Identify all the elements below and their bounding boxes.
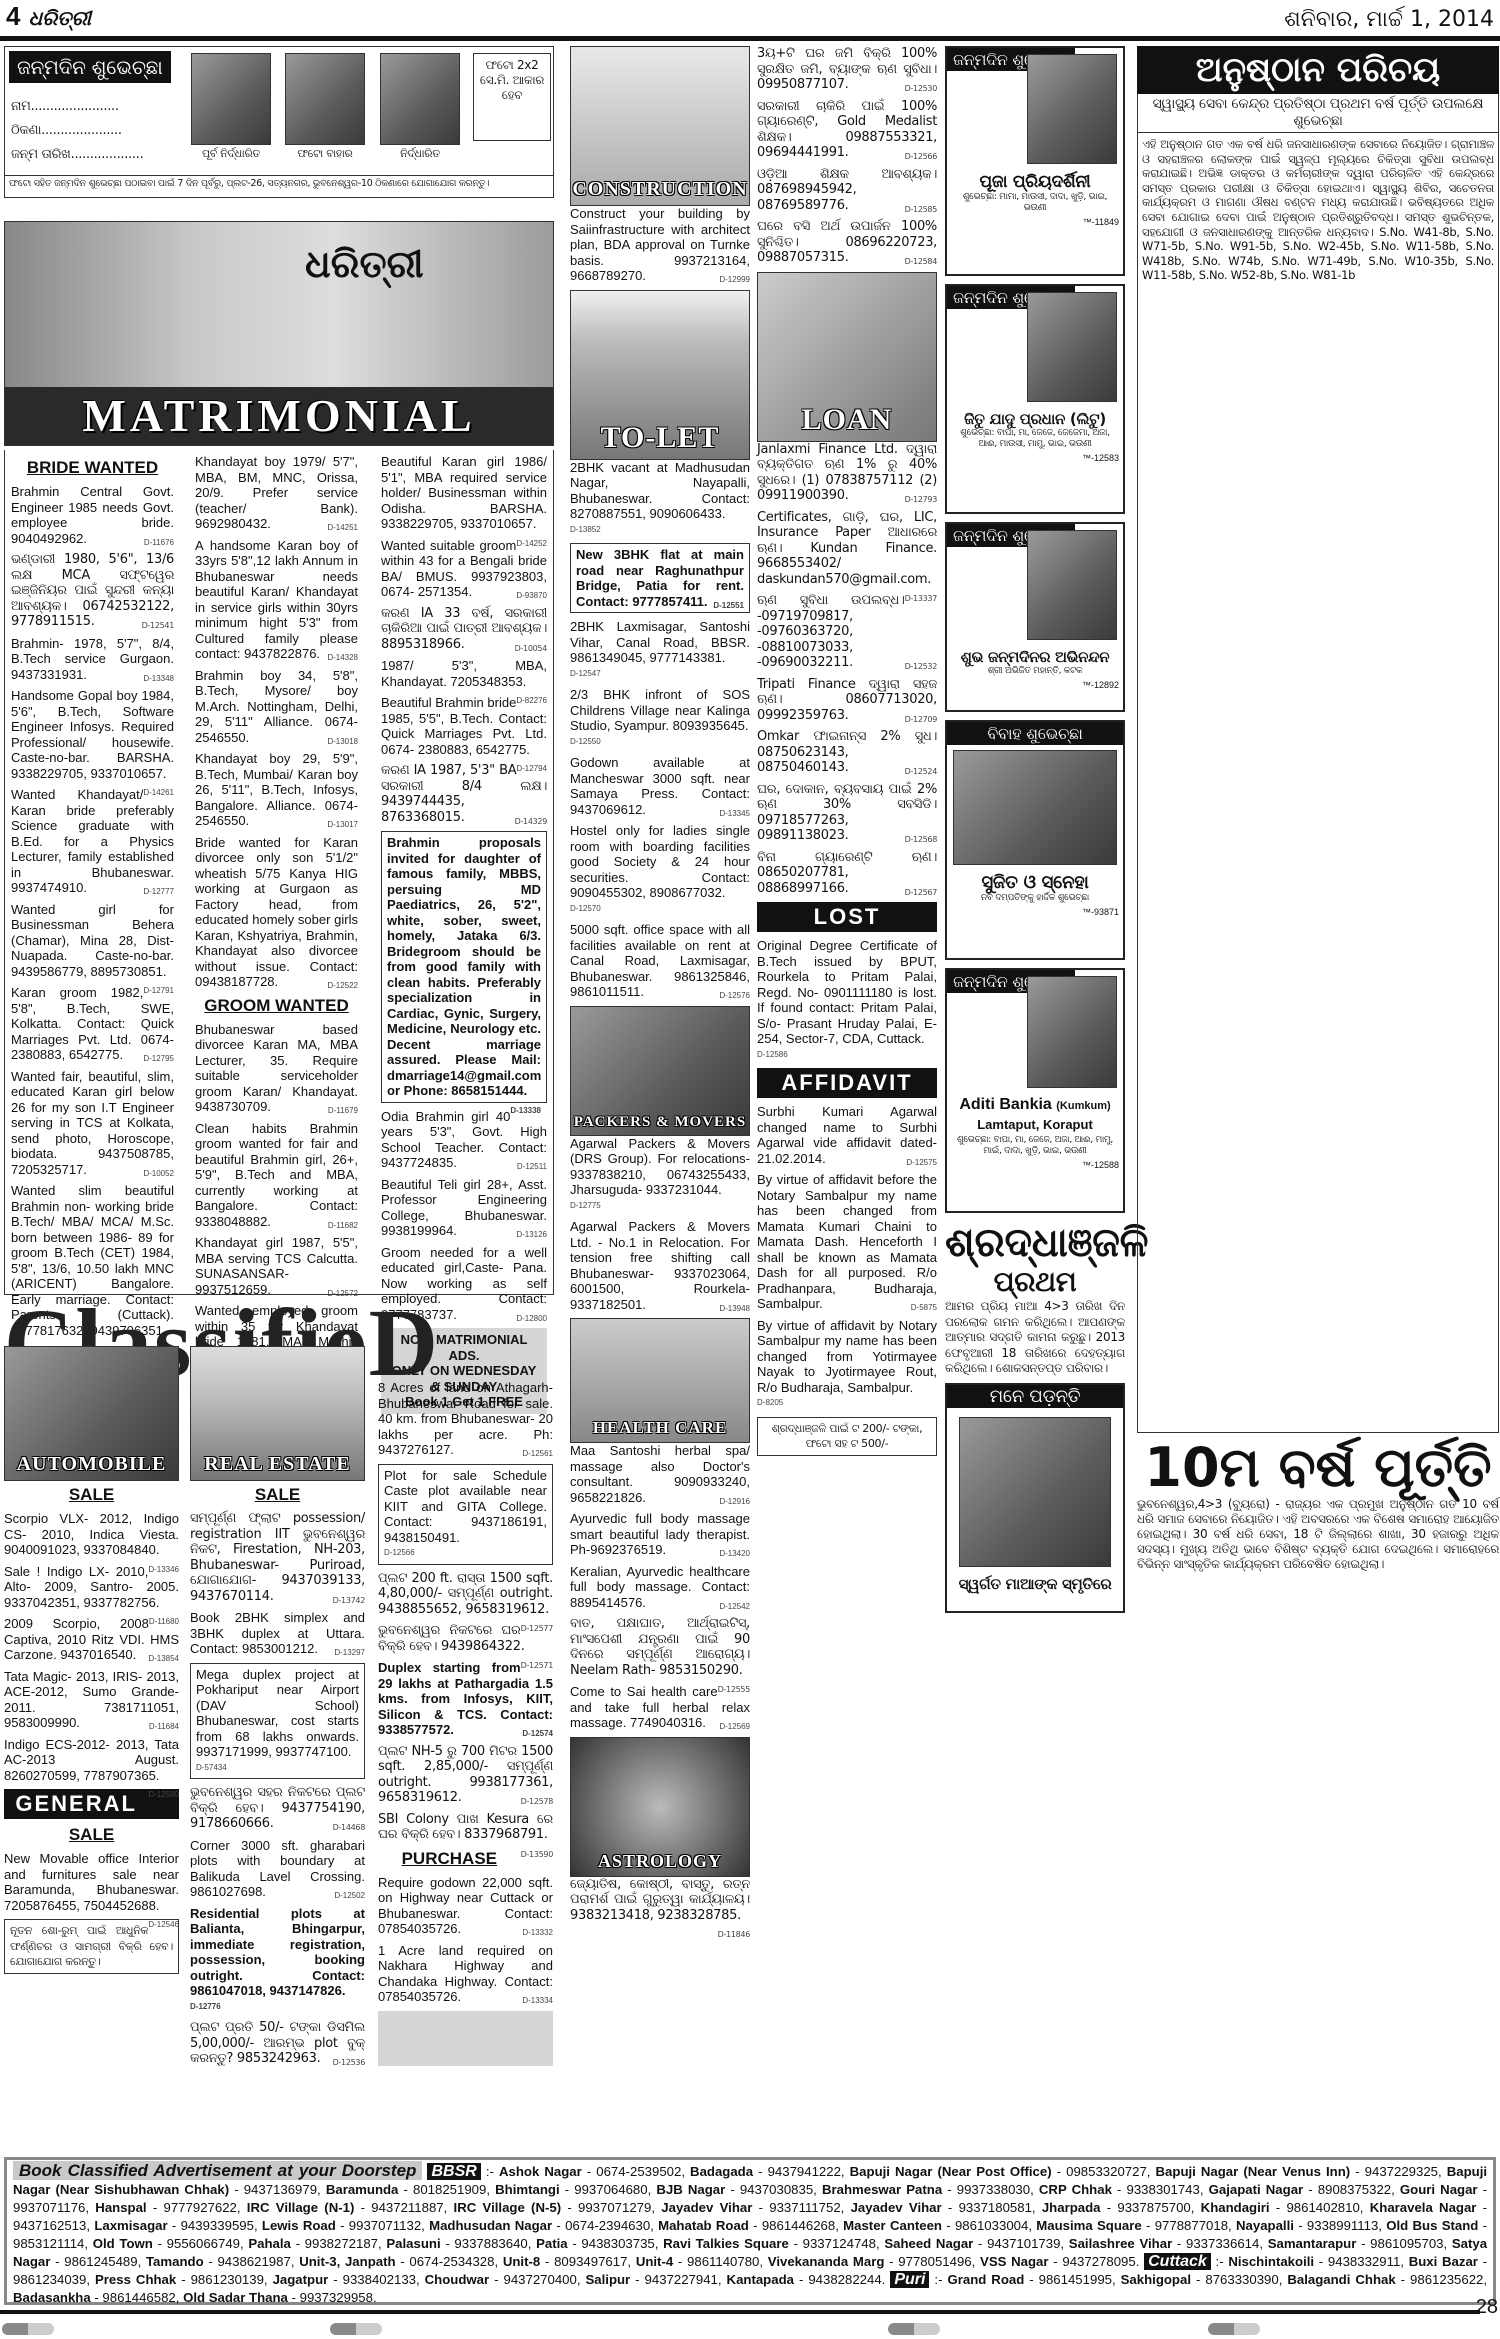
feature-big-body: ଭୁବନେଶ୍ୱର,4>3 (ବ୍ୟୁରୋ) - ରାଜ୍ୟର ଏକ ପ୍ରମୁ… — [1137, 1497, 1499, 1572]
location-phone: - 9437101739, — [973, 2236, 1068, 2251]
location-phone: - 9437211887, — [354, 2200, 453, 2215]
location-name: Hanspal — [95, 2200, 146, 2215]
decor-pill — [2, 2323, 54, 2335]
greeting-wishers: ଶୁଭେଚ୍ଛା: ମାମା, ମାଉସୀ, ଦାଦା, ଖୁଡ଼ି, ଭାଇ,… — [947, 192, 1123, 217]
packers-image: PACKERS & MOVERS — [570, 1006, 750, 1136]
classified-ad: Brahmin- 1978, 5'7", 8/4, B.Tech service… — [11, 636, 174, 683]
land-column: 8 Acres of land on Athagarh- Bhubaneswar… — [378, 1380, 553, 2066]
classified-ad: Book 2BHK simplex and 3BHK duplex at Utt… — [190, 1610, 365, 1657]
form-field-dob: ଜନ୍ମ ତାରିଖ................... — [11, 147, 143, 162]
form-field-name: ନାମ....................... — [11, 99, 119, 114]
city-label: Cuttack — [1144, 2253, 1211, 2270]
classified-ad: ଭୁବନେଶ୍ୱର ସହର ନିକଟରେ ପ୍ଲଟ ବିକ୍ରି ହେବ। 94… — [190, 1785, 365, 1832]
classified-ad: Indigo ECS-2012- 2013, Tata AC-2013 Augu… — [4, 1737, 179, 1784]
location-name: Unit-8 — [503, 2254, 540, 2269]
classified-ad: 1987/ 5'3", MBA, Khandayat. 7205348353. … — [381, 658, 547, 689]
packers-label: PACKERS & MOVERS — [571, 1114, 749, 1131]
location-name: Palasuni — [386, 2236, 440, 2251]
classified-ad: A handsome Karan boy of 33yrs 5'8",12 la… — [195, 538, 358, 662]
classified-ad: 2BHK vacant at Madhusudan Nagar, Nayapal… — [570, 460, 750, 538]
location-phone: - 9938272187, — [291, 2236, 386, 2251]
classified-ad: କରଣ IA 33 ବର୍ଷ, ସରକାରୀ ଚାକିରିଆ ପାଇଁ ପାତ୍… — [381, 606, 547, 653]
tribute-rate-box: ଶ୍ରଦ୍ଧାଞ୍ଜଳି ପାଇଁ ଟ 200/- ଟଙ୍କା, ଫଟୋ ସହ … — [757, 1417, 937, 1456]
health-care-label: HEALTH CARE — [571, 1418, 749, 1438]
tribute-text: ଆମର ପ୍ରିୟ ମାଆ 4>3 ତାରିଖ ଦିନ ପରଲୋକ ଗମନ କର… — [945, 1299, 1125, 1377]
tribute-subtitle: ପ୍ରଥମ — [945, 1265, 1125, 1299]
location-phone: - 9937071279, — [561, 2200, 661, 2215]
sample-photo-3 — [380, 53, 460, 145]
classified-ad: Tripati Finance ଦ୍ୱାରା ସହଜ ଋଣ। 086077130… — [757, 677, 937, 724]
sample-photo-3-label: ନିର୍ଦ୍ଧାରିତ — [380, 147, 460, 161]
location-name: Master Canteen — [843, 2218, 942, 2233]
location-name: Mausima Square — [1036, 2218, 1141, 2233]
bride-wanted-heading: BRIDE WANTED — [11, 458, 174, 478]
location-name: Gajapati Nagar — [1209, 2182, 1304, 2197]
greetings-column: ଜନ୍ମଦିନ ଶୁଭେଚ୍ଛା ପୂଜା ପ୍ରିୟଦର୍ଶିନୀ ଶୁଭେଚ… — [945, 46, 1125, 1621]
location-phone: - 9937064680, — [560, 2182, 657, 2197]
location-phone: - 9778051496, — [884, 2254, 980, 2269]
location-name: Sakhigopal — [1121, 2272, 1191, 2287]
location-name: VSS Nagar — [980, 2254, 1049, 2269]
real-estate-label: REAL ESTATE — [191, 1453, 364, 1476]
photo-size-box: ଫଟୋ 2x2 ସେ.ମି. ଆକାର ହେବ — [473, 53, 551, 141]
location-name: Bapuji Nagar (Near Venus Inn) — [1156, 2164, 1351, 2179]
location-phone: - 9861446582, — [91, 2290, 183, 2305]
classified-ad: ବାତ, ପକ୍ଷାଘାତ, ଆର୍ଥ୍ରାଇଟିସ୍, ମାଂସପେଶୀ ଯନ… — [570, 1616, 750, 1678]
location-phone: - 9937329958. — [288, 2290, 377, 2305]
location-name: Old Bus Stand — [1386, 2218, 1478, 2233]
classified-ad: ବିନା ଗ୍ୟାରେଣ୍ଟି ଋଣ। 08650207781, 0886899… — [757, 850, 937, 897]
classified-ad: Original Degree Certificate of B.Tech is… — [757, 938, 937, 1062]
classified-ad: Tata Magic- 2013, IRIS- 2013, ACE-2012, … — [4, 1669, 179, 1731]
greeting-wishers: ନବ ଦମ୍ପତିଙ୍କୁ ହାର୍ଦ୍ଦିକ ଶୁଭେଚ୍ଛା — [947, 893, 1123, 907]
location-phone: - 8093497617, — [540, 2254, 636, 2269]
location-phone: - 9861095703, — [1356, 2236, 1451, 2251]
couple-photo — [953, 750, 1117, 865]
location-phone: - 9861402810, — [1270, 2200, 1370, 2215]
location-phone: - 9861033004, — [942, 2218, 1036, 2233]
location-phone: - 9338402133, — [328, 2272, 424, 2287]
location-name: Patia — [536, 2236, 568, 2251]
classified-ad: 5000 sqft. office space with all facilit… — [570, 922, 750, 1000]
classified-ad: Khandayat boy 29, 5'9", B.Tech, Mumbai/ … — [195, 751, 358, 829]
location-name: Ashok Nagar — [499, 2164, 582, 2179]
greeting-photo — [1027, 54, 1117, 164]
classified-ad: Agarwal Packers & Movers Ltd. - No.1 in … — [570, 1219, 750, 1312]
location-name: Unit-4 — [636, 2254, 673, 2269]
classified-ad: Brahmin Central Govt. Engineer 1985 need… — [11, 484, 174, 546]
blank-ad-space — [378, 2011, 553, 2066]
general-sale-heading: SALE — [4, 1825, 179, 1845]
classified-ad: ସରକାରୀ ଚାକିରି ପାଇଁ 100% ଗ୍ୟାରେଣ୍ଟି, Gold… — [757, 99, 937, 161]
greeting-code: ™-12588 — [947, 1160, 1123, 1174]
location-name: Bhimtangi — [495, 2182, 559, 2197]
classified-ad: Scorpio VLX- 2012, Indigo CS- 2010, Indi… — [4, 1511, 179, 1558]
greeting-card: ଜନ୍ମଦିନ ଶୁଭେଚ୍ଛା ଶୁଭ ଜନ୍ମଦିନର ଅଭିନନ୍ଦନ ଶ… — [945, 522, 1125, 712]
location-phone: - 09853320727, — [1052, 2164, 1156, 2179]
matrimonial-banner: ଧରିତ୍ରୀ MATRIMONIAL — [4, 221, 554, 446]
greeting-code: ™-12583 — [947, 453, 1123, 467]
matrimonial-col-3: Beautiful Karan girl 1986/ 5'1", MBA req… — [381, 454, 547, 1420]
location-name: Tamando — [146, 2254, 204, 2269]
location-name: Lewis Road — [262, 2218, 336, 2233]
location-name: IRC Village (N-1) — [247, 2200, 355, 2215]
location-name: Press Chhak — [95, 2272, 176, 2287]
location-name: Old Town — [93, 2236, 153, 2251]
location-phone: - 9861235622, — [1396, 2272, 1487, 2287]
doorstep-locations: BBSR :- Ashok Nagar - 0674-2539502, Bada… — [13, 2164, 1487, 2305]
masthead-rule — [0, 36, 1500, 41]
location-phone: - 9438332911, — [1314, 2254, 1409, 2269]
classified-ad: Construct your building by Saiinfrastruc… — [570, 206, 750, 284]
classified-ad: Wanted fair, beautiful, slim, educated K… — [11, 1069, 174, 1178]
doorstep-headline: Book Classified Advertisement at your Do… — [13, 2161, 422, 2180]
classified-ad: Beautiful Karan girl 1986/ 5'1", MBA req… — [381, 454, 547, 532]
to-let-image: TO-LET — [570, 290, 750, 460]
classified-ad-bold: Residential plots at Balianta, Bhingarpu… — [190, 1906, 365, 2015]
location-phone: - 8018251909, — [398, 2182, 495, 2197]
to-let-label: TO-LET — [571, 421, 749, 455]
location-phone: - 9439339595, — [168, 2218, 262, 2233]
classified-ad: Certificates, ଗାଡ଼ି, ଘର, LIC, Insurance … — [757, 510, 937, 588]
greeting-photo — [1027, 292, 1117, 402]
location-phone: - 8763330390, — [1191, 2272, 1287, 2287]
classified-ad: Agarwal Packers & Movers (DRS Group). Fo… — [570, 1136, 750, 1214]
sample-photo-2-label: ଫଟୋ ବାହାର — [285, 147, 365, 161]
classified-ad: Require godown 22,000 sqft. on Highway n… — [378, 1875, 553, 1937]
location-name: Nayapalli — [1236, 2218, 1294, 2233]
location-phone: - 9337875700, — [1100, 2200, 1200, 2215]
classified-ad: ଓଡ଼ିଆ ଶିକ୍ଷକ ଆବଶ୍ୟକ। 087698945942, 08769… — [757, 167, 937, 214]
location-phone: - 9337111752, — [752, 2200, 850, 2215]
location-name: Ravi Talkies Square — [663, 2236, 789, 2251]
real-estate-column: REAL ESTATE SALE ସମ୍ପୂର୍ଣ୍ଣ ଫ୍ଲାଟ posses… — [190, 1346, 365, 2073]
classified-ad: Handsome Gopal boy 1984, 5'6", B.Tech, S… — [11, 688, 174, 781]
classified-ad: ଘରେ ବସି ଅର୍ଥ ଉପାର୍ଜନ 100% ସୁନିଶ୍ଚିତ। 086… — [757, 219, 937, 266]
left-section: ଜନ୍ମଦିନ ଶୁଭେଚ୍ଛା ନାମ....................… — [4, 46, 554, 198]
classified-ad: 8 Acres of land on Athagarh- Bhubaneswar… — [378, 1380, 553, 1458]
loan-image: LOAN — [757, 272, 937, 442]
location-phone: - 9778877018, — [1142, 2218, 1236, 2233]
classified-ad: Bhubaneswar based divorcee Karan MA, MBA… — [195, 1022, 358, 1115]
location-phone: - 9937071132, — [336, 2218, 429, 2233]
feature-column: ଅନୁଷ୍ଠାନ ପରିଚୟ ସ୍ୱାସ୍ଥ୍ୟ ସେବା କେନ୍ଦ୍ର ପ୍… — [1137, 46, 1499, 1578]
construction-image: CONSTRUCTION — [570, 46, 750, 206]
location-name: Kharavela Nagar — [1370, 2200, 1477, 2215]
classified-ad: 1 Acre land required on Nakhara Highway … — [378, 1943, 553, 2005]
health-care-image: HEALTH CARE — [570, 1318, 750, 1443]
classified-ad: Bride wanted for Karan divorcee only son… — [195, 835, 358, 990]
classified-ad: Clean habits Brahmin groom wanted for fa… — [195, 1121, 358, 1230]
greeting-place: Lamtaput, Koraput — [947, 1117, 1123, 1132]
banner-logo: ଧରିତ୍ରୀ — [305, 242, 424, 287]
location-name: Old Sadar Thana — [183, 2290, 288, 2305]
location-phone: - 9437270400, — [489, 2272, 585, 2287]
location-phone: - 9437030835, — [725, 2182, 822, 2197]
location-name: Madhusudan Nagar — [429, 2218, 552, 2233]
location-name: CRP Chhak — [1039, 2182, 1112, 2197]
feature-big-title: 10ମ ବର୍ଷ ପୂର୍ତ୍ତି — [1137, 1439, 1499, 1497]
masthead: 4ଧରିତ୍ରୀ ଶନିବାର, ମାର୍ଚ୍ଚ 1, 2014 — [0, 0, 1500, 36]
location-name: Badagada — [690, 2164, 753, 2179]
construction-label: CONSTRUCTION — [571, 178, 749, 201]
location-phone: - 9438282244. — [794, 2272, 885, 2287]
location-name: Unit-3, Janpath — [299, 2254, 395, 2269]
matrimonial-ads: BRIDE WANTED Brahmin Central Govt. Engin… — [4, 450, 554, 1295]
location-name: Jagatpur — [273, 2272, 329, 2287]
finance-column: 3ୟ+ଟି ଘର ଜମି ବିକ୍ରି 100% ସୁରକ୍ଷିତ ଜମି, ବ… — [757, 46, 937, 1462]
location-phone: - 9337336614, — [1172, 2236, 1267, 2251]
classified-ad: Brahmin boy 34, 5'8", B.Tech, Mysore/ bo… — [195, 668, 358, 746]
location-phone: - 9338301743, — [1112, 2182, 1209, 2197]
astrology-image: ASTROLOGY — [570, 1737, 750, 1877]
services-column: CONSTRUCTION Construct your building by … — [570, 46, 750, 1943]
sample-photo-1 — [191, 53, 271, 145]
automobile-label: AUTOMOBILE — [5, 1453, 178, 1476]
page-number: 4 — [6, 1, 20, 31]
classified-ad: Beautiful Teli girl 28+, Asst. Professor… — [381, 1177, 547, 1239]
greeting-card: ଜନ୍ମଦିନ ଶୁଭେଚ୍ଛା ଜିତୁ ଯାଦୁ ପ୍ରଧାନ (ଲିଟୁ)… — [945, 284, 1125, 514]
real-estate-image: REAL ESTATE — [190, 1346, 365, 1481]
location-phone: - 9337883640, — [441, 2236, 536, 2251]
location-name: Pahala — [248, 2236, 291, 2251]
location-name: Balagandi Chhak — [1287, 2272, 1395, 2287]
location-name: IRC Village (N-5) — [454, 2200, 562, 2215]
boxed-ad: Mega duplex project at Pokhariput near A… — [190, 1663, 365, 1780]
location-phone: - 9337180581, — [942, 2200, 1042, 2215]
location-phone: - 9337124748, — [789, 2236, 884, 2251]
location-name: Saheed Nagar — [884, 2236, 973, 2251]
remembrance-card: ମନେ ପଡ଼ନ୍ତି ସ୍ୱର୍ଗତ ମାଆଙ୍କ ସ୍ମୃତିରେ — [945, 1383, 1125, 1613]
classified-ad: ଜ୍ୟୋତିଷ, କୋଷ୍ଠୀ, ବାସ୍ତୁ, ରତ୍ନ ପରାମର୍ଶ ପା… — [570, 1877, 750, 1924]
location-phone: - 9437229325, — [1350, 2164, 1447, 2179]
boxed-ad: New 3BHK flat at main road near Raghunat… — [570, 543, 750, 613]
form-field-address: ଠିକଣା..................... — [11, 123, 122, 138]
astrology-label: ASTROLOGY — [571, 1851, 749, 1872]
classified-ad: Hostel only for ladies single room with … — [570, 823, 750, 916]
greeting-code: ™-12892 — [947, 680, 1123, 694]
classified-ad: Wanted girl for Businessman Behera (Cham… — [11, 902, 174, 980]
location-name: Choudwar — [425, 2272, 489, 2287]
tribute-title: ଶ୍ରଦ୍ଧାଞ୍ଜଳି — [945, 1221, 1125, 1265]
sample-photo-2 — [285, 53, 365, 145]
greeting-wishers: ଶୁଭେଚ୍ଛା: ବାପା, ମା, ଜେଜେ, ଅଜା, ଆଈ, ମାମୁ,… — [947, 1135, 1123, 1160]
automobile-image: AUTOMOBILE — [4, 1346, 179, 1481]
location-name: Baramunda — [326, 2182, 399, 2197]
location-name: Grand Road — [947, 2272, 1024, 2287]
date-line: ଶନିବାର, ମାର୍ଚ୍ଚ 1, 2014 — [1284, 7, 1494, 32]
groom-wanted-heading: GROOM WANTED — [195, 996, 358, 1016]
location-phone: - 9861245489, — [50, 2254, 146, 2269]
classified-ad: New Movable office Interior and furnitur… — [4, 1851, 179, 1913]
greeting-photo — [1027, 976, 1117, 1088]
location-name: Nischintakoili — [1228, 2254, 1314, 2269]
location-phone: - 9861230139, — [176, 2272, 272, 2287]
location-name: Khandagiri — [1201, 2200, 1270, 2215]
classified-ad: SBI Colony ପାଖ Kesura ରେ ଘର ବିକ୍ରି ହେବ। … — [378, 1812, 553, 1843]
page-number-right: 28 — [1476, 2296, 1498, 2319]
classified-ad: 2BHK Laxmisagar, Santoshi Vihar, Canal R… — [570, 619, 750, 681]
greeting-code: ™-11849 — [947, 217, 1123, 231]
classified-ad: Khandayat boy 1979/ 5'7", MBA, BM, MNC, … — [195, 454, 358, 532]
location-phone: - 9437227941, — [630, 2272, 726, 2287]
greeting-card: ଜନ୍ମଦିନ ଶୁଭେଚ୍ଛା ପୂଜା ପ୍ରିୟଦର୍ଶିନୀ ଶୁଭେଚ… — [945, 46, 1125, 276]
location-name: Vivekananda Marg — [768, 2254, 885, 2269]
matrimonial-title: MATRIMONIAL — [5, 387, 553, 445]
location-name: Jayadev Vihar — [661, 2200, 752, 2215]
location-phone: - 9438303735, — [568, 2236, 663, 2251]
boxed-ad: Plot for sale Schedule Caste plot availa… — [378, 1464, 553, 1565]
sample-photo-1-label: ପୂର୍ବ ନିର୍ଦ୍ଧାରିତ — [191, 147, 271, 161]
location-name: Mahatab Road — [658, 2218, 749, 2233]
city-label: Puri — [890, 2271, 929, 2288]
classified-ad: Maa Santoshi herbal spa/ massage also Do… — [570, 1443, 750, 1505]
classified-ad: Khandayat girl 1987, 5'5", MBA serving T… — [195, 1235, 358, 1297]
location-name: Jayadev Vihar — [851, 2200, 942, 2215]
classified-ad: Wanted Khandayat/ Karan bride preferably… — [11, 787, 174, 896]
greeting-card: ଜନ୍ମଦିନ ଶୁଭେଚ୍ଛା Aditi Bankia (Kumkum) L… — [945, 968, 1125, 1213]
birthday-form-footer: ଫଟୋ ସହିତ ଜନ୍ମଦିନ ଶୁଭେଚ୍ଛା ପଠାଇବା ପାଇଁ 7 … — [5, 175, 553, 191]
affidavit-heading: AFFIDAVIT — [757, 1068, 937, 1098]
location-name: BJB Nagar — [656, 2182, 725, 2197]
location-phone: - 9861451995, — [1024, 2272, 1120, 2287]
location-name: Bapuji Nagar (Near Post Office) — [850, 2164, 1052, 2179]
location-phone: - 9861140780, — [673, 2254, 768, 2269]
classified-ad: 3ୟ+ଟି ଘର ଜମି ବିକ୍ରି 100% ସୁରକ୍ଷିତ ଜମି, ବ… — [757, 46, 937, 93]
feature-heading: ଅନୁଷ୍ଠାନ ପରିଚୟ — [1137, 46, 1499, 94]
location-name: Buxi Bazar — [1409, 2254, 1478, 2269]
location-phone: - 9438621987, — [204, 2254, 300, 2269]
automobile-sale-heading: SALE — [4, 1485, 179, 1505]
doorstep-booking-strip: Book Classified Advertisement at your Do… — [4, 2157, 1496, 2305]
location-name: Badasankha — [13, 2290, 91, 2305]
greeting-wishers: ଶୁଭେଚ୍ଛା: ବାପା, ମା, ଜେଜେ, ଜେଜେମା, ଅଜା, ଆ… — [947, 428, 1123, 453]
location-phone: - 9556066749, — [153, 2236, 248, 2251]
location-phone: - 0674-2539502, — [582, 2164, 690, 2179]
classified-ad: ପ୍ଲଟ NH-5 ରୁ 700 ମିଟର 1500 sqft. 2,85,00… — [378, 1744, 553, 1806]
classified-ad: ଭଣ୍ଡାରୀ 1980, 5'6", 13/6 ଲକ୍ଷ MCA ସଫ୍ଟୱେ… — [11, 552, 174, 630]
remembrance-photo — [959, 1417, 1111, 1567]
classified-ad: By virtue of affidavit by Notary Sambalp… — [757, 1318, 937, 1411]
masthead-left: 4ଧରିତ୍ରୀ — [6, 1, 91, 32]
location-name: Salipur — [585, 2272, 630, 2287]
decor-pill — [888, 2323, 940, 2335]
location-phone: - 9777927622, — [147, 2200, 247, 2215]
real-estate-sale-heading: SALE — [190, 1485, 365, 1505]
classified-ad: Omkar ଫାଇନାନ୍ସ 2% ସୁଧ। 08750623143, 0875… — [757, 729, 937, 776]
remembrance-heading: ମନେ ପଡ଼ନ୍ତି — [947, 1385, 1123, 1408]
decor-pill — [330, 2323, 382, 2335]
classified-ad: Godown available at Mancheswar 3000 sqft… — [570, 755, 750, 817]
location-name: Laxmisagar — [94, 2218, 167, 2233]
classified-ad: ପ୍ଲଟ 200 ft. ରାସ୍ତା 1500 sqft. 4,80,000/… — [378, 1571, 553, 1618]
footer-rule — [0, 2310, 1480, 2314]
wedding-greeting-card: ବିବାହ ଶୁଭେଚ୍ଛା ସୁଜିତ ଓ ସ୍ନେହା ନବ ଦମ୍ପତିଙ… — [945, 720, 1125, 960]
greeting-wishers: ଶ୍ରୀ ଅଭିଜିତ ମହାନ୍ତି, କଟକ — [947, 666, 1123, 680]
automobile-column: AUTOMOBILE SALE Scorpio VLX- 2012, Indig… — [4, 1346, 179, 1980]
city-label: BBSR — [427, 2163, 480, 2180]
lost-heading: LOST — [757, 902, 937, 932]
location-name: Gouri Nagar — [1400, 2182, 1478, 2197]
greeting-heading: ବିବାହ ଶୁଭେଚ୍ଛା — [947, 722, 1123, 745]
location-phone: - 9437136979, — [229, 2182, 326, 2197]
classified-ad: ଘର, ଦୋକାନ, ବ୍ୟବସାୟ ପାଇଁ 2% ଋଣ 30% ସବସିଡି… — [757, 782, 937, 844]
classified-ad: Ayurvedic full body massage smart beauti… — [570, 1511, 750, 1558]
greeting-photo — [1027, 530, 1117, 640]
location-phone: - 8908375322, — [1303, 2182, 1400, 2197]
location-name: Sailashree Vihar — [1069, 2236, 1172, 2251]
matrimonial-col-1: BRIDE WANTED Brahmin Central Govt. Engin… — [11, 454, 174, 1412]
classified-ad: Surbhi Kumari Agarwal changed name to Su… — [757, 1104, 937, 1166]
classified-ad: 2/3 BHK infront of SOS Childrens Village… — [570, 687, 750, 749]
greeting-code: ™-93871 — [947, 907, 1123, 921]
location-phone: - 0674-2534328, — [396, 2254, 503, 2269]
classified-ad: Janlaxmi Finance Ltd. ଦ୍ୱାରା ବ୍ୟକ୍ତିଗତ ଋ… — [757, 442, 937, 504]
classified-ad: By virtue of affidavit before the Notary… — [757, 1172, 937, 1312]
location-phone: - 9437278095. — [1049, 2254, 1140, 2269]
classified-ad: ସମ୍ପୂର୍ଣ୍ଣ ଫ୍ଲାଟ possession/ registratio… — [190, 1511, 365, 1604]
classified-ad: Corner 3000 sft. gharabari plots with bo… — [190, 1838, 365, 1900]
boxed-matrimonial-ad: Brahmin proposals invited for daughter o… — [381, 831, 547, 1103]
feature-subheading: ସ୍ୱାସ୍ଥ୍ୟ ସେବା କେନ୍ଦ୍ର ପ୍ରତିଷ୍ଠା ପ୍ରଥମ ବ… — [1137, 94, 1499, 133]
loan-label: LOAN — [758, 403, 936, 437]
location-name: Samantarapur — [1268, 2236, 1357, 2251]
location-phone: - 9338991113, — [1294, 2218, 1386, 2233]
location-name: Brahmeswar Patna — [822, 2182, 942, 2197]
birthday-form-heading: ଜନ୍ମଦିନ ଶୁଭେଚ୍ଛା — [9, 51, 171, 83]
newspaper-brand: ଧରିତ୍ରୀ — [28, 8, 90, 30]
location-phone: - 9437941222, — [753, 2164, 850, 2179]
location-name: Jharpada — [1042, 2200, 1101, 2215]
classified-ad: ପ୍ଲଟ ପ୍ରତି 50/- ଟଙ୍କା ଡିସମିଲ 5,00,000/- … — [190, 2020, 365, 2067]
location-phone: - 9937338030, — [942, 2182, 1039, 2197]
feature-body: ଏହି ଅନୁଷ୍ଠାନ ଗତ ଏକ ବର୍ଷ ଧରି ଜନସାଧାରଣଙ୍କ … — [1137, 133, 1499, 1433]
location-phone: - 9861446268, — [749, 2218, 843, 2233]
classified-ad: Keralian, Ayurvedic healthcare full body… — [570, 1564, 750, 1611]
birthday-form: ଜନ୍ମଦିନ ଶୁଭେଚ୍ଛା ନାମ....................… — [4, 46, 554, 198]
location-phone: - 0674-2394630, — [552, 2218, 658, 2233]
decor-pill — [1208, 2323, 1260, 2335]
location-name: Kantapada — [727, 2272, 794, 2287]
